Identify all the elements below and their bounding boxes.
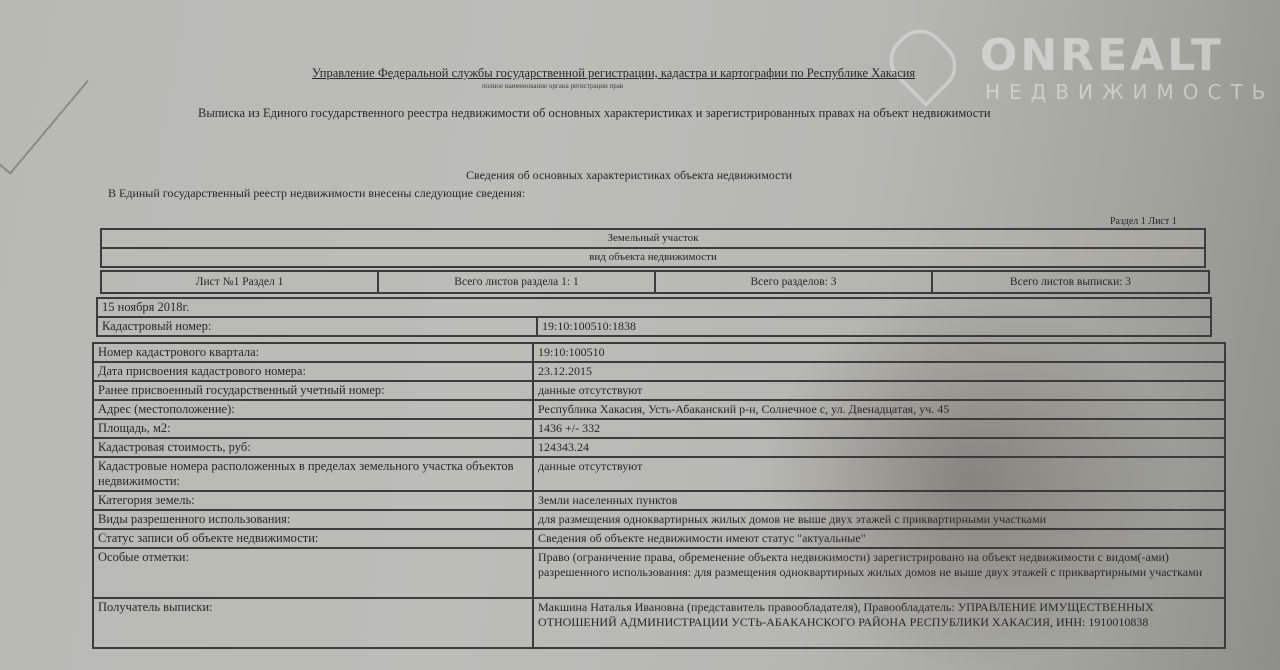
table-row: Номер кадастрового квартала: 19:10:10051… — [94, 344, 1224, 363]
sections-total: Всего разделов: 3 — [656, 272, 933, 292]
row-label: Особые отметки: — [94, 549, 534, 597]
row-label: Категория земель: — [94, 492, 534, 509]
table-row: Виды разрешенного использования: для раз… — [94, 511, 1224, 530]
paper-fold — [0, 0, 89, 175]
row-value: Земли населенных пунктов — [534, 492, 1224, 509]
cadastral-number-row: Кадастровый номер: 19:10:100510:1838 — [98, 318, 1210, 335]
row-value: 1436 +/- 332 — [534, 420, 1224, 437]
row-value: Макшина Наталья Ивановна (представитель … — [534, 599, 1224, 647]
row-label: Получатель выписки: — [94, 599, 534, 647]
cadastral-number-value: 19:10:100510:1838 — [538, 318, 1210, 335]
row-label: Адрес (местоположение): — [94, 401, 534, 418]
row-value: 124343.24 — [534, 439, 1224, 456]
row-value: 23.12.2015 — [534, 363, 1224, 380]
row-value: данные отсутствуют — [534, 458, 1224, 490]
table-row: Площадь, м2: 1436 +/- 332 — [94, 420, 1224, 439]
row-label: Площадь, м2: — [94, 420, 534, 437]
object-type-caption: вид объекта недвижимости — [102, 249, 1204, 266]
row-value: Республика Хакасия, Усть-Абаканский р-н,… — [534, 401, 1224, 418]
row-value: 19:10:100510 — [534, 344, 1224, 361]
agency-name: Управление Федеральной службы государств… — [312, 66, 915, 81]
table-row: Кадастровая стоимость, руб: 124343.24 — [94, 439, 1224, 458]
intro-text: В Единый государственный реестр недвижим… — [108, 186, 525, 201]
object-type-box: Земельный участок вид объекта недвижимос… — [100, 228, 1206, 268]
sheet-number: Лист №1 Раздел 1 — [102, 272, 379, 292]
table-row: Адрес (местоположение): Республика Хакас… — [94, 401, 1224, 420]
sheet-meta-row: Лист №1 Раздел 1 Всего листов раздела 1:… — [100, 270, 1210, 294]
characteristics-table: Номер кадастрового квартала: 19:10:10051… — [92, 342, 1226, 649]
row-value: для размещения одноквартирных жилых домо… — [534, 511, 1224, 528]
section-sheets-total: Всего листов раздела 1: 1 — [379, 272, 656, 292]
row-value: Право (ограничение права, обременение об… — [534, 549, 1224, 597]
table-row: Статус записи об объекте недвижимости: С… — [94, 530, 1224, 549]
row-label: Кадастровые номера расположенных в преде… — [94, 458, 534, 490]
page-reference: Раздел 1 Лист 1 — [1110, 216, 1177, 227]
object-type: Земельный участок — [102, 230, 1204, 249]
row-value: Сведения об объекте недвижимости имеют с… — [534, 530, 1224, 547]
table-row: Категория земель: Земли населенных пункт… — [94, 492, 1224, 511]
watermark-subtitle: НЕДВИЖИМОСТЬ — [985, 80, 1274, 104]
row-label: Статус записи об объекте недвижимости: — [94, 530, 534, 547]
row-label: Кадастровая стоимость, руб: — [94, 439, 534, 456]
watermark: ONREALT НЕДВИЖИМОСТЬ — [885, 22, 1255, 112]
cadastral-header-table: 15 ноября 2018г. Кадастровый номер: 19:1… — [96, 297, 1212, 337]
row-label: Ранее присвоенный государственный учетны… — [94, 382, 534, 399]
table-row: Ранее присвоенный государственный учетны… — [94, 382, 1224, 401]
row-label: Номер кадастрового квартала: — [94, 344, 534, 361]
table-row: Кадастровые номера расположенных в преде… — [94, 458, 1224, 492]
row-label: Дата присвоения кадастрового номера: — [94, 363, 534, 380]
cadastral-number-label: Кадастровый номер: — [98, 318, 538, 335]
table-row: Дата присвоения кадастрового номера: 23.… — [94, 363, 1224, 382]
row-label: Виды разрешенного использования: — [94, 511, 534, 528]
watermark-brand: ONREALT — [980, 30, 1224, 81]
section-title: Сведения об основных характеристиках объ… — [466, 168, 792, 183]
table-row: Получатель выписки: Макшина Наталья Иван… — [94, 599, 1224, 647]
agency-caption: полное наименование органа регистрации п… — [482, 82, 623, 90]
extract-date: 15 ноября 2018г. — [98, 299, 1210, 316]
extract-sheets-total: Всего листов выписки: 3 — [933, 272, 1208, 292]
table-row: Особые отметки: Право (ограничение права… — [94, 549, 1224, 599]
date-row: 15 ноября 2018г. — [98, 299, 1210, 318]
row-value: данные отсутствуют — [534, 382, 1224, 399]
house-pin-logo-icon — [879, 19, 967, 107]
document-title: Выписка из Единого государственного реес… — [198, 106, 991, 121]
